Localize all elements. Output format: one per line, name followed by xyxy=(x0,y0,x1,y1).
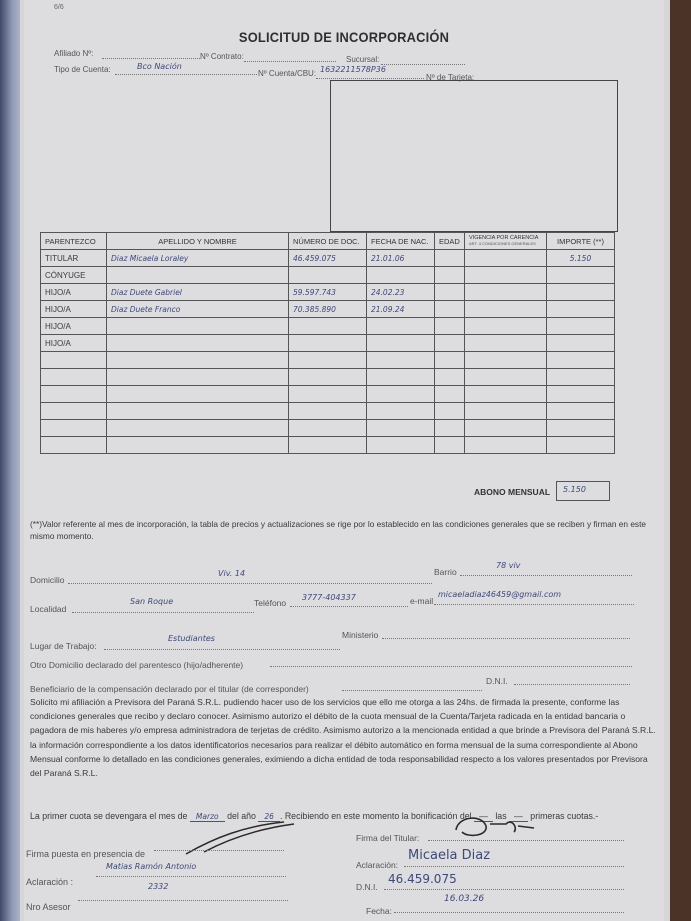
afiliado-label: Afiliado Nº: xyxy=(54,49,93,58)
table-row xyxy=(41,369,615,386)
domicilio-field[interactable]: Viv. 14 xyxy=(68,573,432,584)
presencia-label: Firma puesta en presencia de xyxy=(26,849,145,859)
cuenta-cbu-field[interactable]: 1632211578P36 xyxy=(316,68,424,79)
cell-vigencia[interactable] xyxy=(465,437,547,454)
members-table: PARENTEZCO APELLIDO Y NOMBRE NÚMERO DE D… xyxy=(40,232,615,454)
cell-fecha-nac[interactable] xyxy=(367,420,435,437)
cell-importe[interactable] xyxy=(547,284,615,301)
cell-fecha-nac[interactable] xyxy=(367,335,435,352)
table-row xyxy=(41,386,615,403)
table-row xyxy=(41,420,615,437)
cell-doc[interactable] xyxy=(289,335,367,352)
tipo-cuenta-field[interactable]: Bco Nación xyxy=(115,64,257,75)
cell-doc[interactable] xyxy=(289,403,367,420)
cell-fecha-nac[interactable] xyxy=(367,352,435,369)
cell-doc[interactable] xyxy=(289,386,367,403)
table-row: CÓNYUGE xyxy=(41,267,615,284)
cell-vigencia[interactable] xyxy=(465,386,547,403)
cell-doc[interactable] xyxy=(289,369,367,386)
contrato-label: Nº Contrato: xyxy=(200,52,244,61)
beneficiario-field[interactable] xyxy=(342,680,482,691)
table-row xyxy=(41,352,615,369)
cell-edad[interactable] xyxy=(435,250,465,267)
cell-vigencia[interactable] xyxy=(465,369,547,386)
form-title: SOLICITUD DE INCORPORACIÓN xyxy=(50,29,639,45)
cell-parentezco: HIJO/A xyxy=(41,318,107,335)
header-vigencia: VIGENCIA POR CARENCIAART. 4 CONDICIONES … xyxy=(465,233,547,250)
aclaracion-right-label: Aclaración: xyxy=(356,860,398,870)
cell-fecha-nac[interactable] xyxy=(367,437,435,454)
cell-edad[interactable] xyxy=(435,267,465,284)
telefono-label: Teléfono xyxy=(254,598,286,608)
cell-edad[interactable] xyxy=(435,386,465,403)
dni-right-label: D.N.I. xyxy=(356,882,378,892)
table-row: HIJO/A xyxy=(41,335,615,352)
table-row xyxy=(41,403,615,420)
cell-nombre[interactable] xyxy=(107,318,289,335)
cell-doc[interactable] xyxy=(289,318,367,335)
table-row xyxy=(41,437,615,454)
asesor-label: Nro Asesor xyxy=(26,902,71,912)
cell-parentezco xyxy=(41,420,107,437)
localidad-field[interactable]: San Roque xyxy=(72,602,254,613)
cell-vigencia[interactable] xyxy=(465,284,547,301)
cell-nombre[interactable] xyxy=(107,386,289,403)
cell-parentezco xyxy=(41,437,107,454)
fecha-label: Fecha: xyxy=(366,906,392,916)
cell-importe[interactable] xyxy=(547,352,615,369)
cell-nombre[interactable] xyxy=(107,437,289,454)
cell-nombre[interactable]: Diaz Micaela Loraley xyxy=(107,250,289,267)
cell-parentezco xyxy=(41,403,107,420)
cell-parentezco: CÓNYUGE xyxy=(41,267,107,284)
cell-nombre[interactable] xyxy=(107,352,289,369)
tipo-cuenta-label: Tipo de Cuenta: xyxy=(54,65,111,74)
ministerio-label: Ministerio xyxy=(342,630,378,640)
cell-nombre[interactable] xyxy=(107,369,289,386)
firma-titular-label: Firma del Titular: xyxy=(356,833,419,843)
cell-nombre[interactable]: Diaz Duete Franco xyxy=(107,301,289,318)
cell-parentezco: HIJO/A xyxy=(41,301,107,318)
lugar-trabajo-label: Lugar de Trabajo: xyxy=(30,641,97,651)
cell-fecha-nac[interactable] xyxy=(367,386,435,403)
cell-fecha-nac[interactable] xyxy=(367,403,435,420)
cell-vigencia[interactable] xyxy=(465,403,547,420)
cell-doc[interactable]: 59.597.743 xyxy=(289,284,367,301)
barrio-label: Barrio xyxy=(434,567,457,577)
cell-edad[interactable] xyxy=(435,301,465,318)
header-parentezco: PARENTEZCO xyxy=(41,233,107,250)
email-field[interactable]: micaeladiaz46459@gmail.com xyxy=(434,594,634,605)
cell-fecha-nac[interactable]: 21.09.24 xyxy=(367,301,435,318)
table-row: TITULARDiaz Micaela Loraley46.459.07521.… xyxy=(41,250,615,267)
abono-mensual-label: ABONO MENSUAL xyxy=(474,487,550,497)
otro-domicilio-field[interactable] xyxy=(270,656,632,667)
localidad-label: Localidad xyxy=(30,604,66,614)
cell-importe[interactable] xyxy=(547,386,615,403)
dni-right-field[interactable]: 46.459.075 xyxy=(384,879,624,890)
aclaracion-left-label: Aclaración : xyxy=(26,877,73,887)
cell-importe[interactable] xyxy=(547,369,615,386)
cell-edad[interactable] xyxy=(435,437,465,454)
cell-edad[interactable] xyxy=(435,420,465,437)
header-doc: NÚMERO DE DOC. xyxy=(289,233,367,250)
contrato-field[interactable] xyxy=(244,51,336,62)
header-importe: IMPORTE (**) xyxy=(547,233,615,250)
telefono-field[interactable]: 3777-404337 xyxy=(290,596,408,607)
cell-vigencia[interactable] xyxy=(465,352,547,369)
fecha-field[interactable]: 16.03.26 xyxy=(394,902,624,913)
cell-vigencia[interactable] xyxy=(465,301,547,318)
cell-edad[interactable] xyxy=(435,318,465,335)
cell-edad[interactable] xyxy=(435,284,465,301)
cell-importe[interactable] xyxy=(547,301,615,318)
cell-doc[interactable]: 46.459.075 xyxy=(289,250,367,267)
card-number-box[interactable] xyxy=(330,80,618,232)
cell-importe[interactable] xyxy=(547,267,615,284)
cell-doc[interactable] xyxy=(289,437,367,454)
aclaracion-left-field[interactable]: Matias Ramón Antonio xyxy=(96,866,286,877)
cell-doc[interactable] xyxy=(289,420,367,437)
table-row: HIJO/ADiaz Duete Franco70.385.89021.09.2… xyxy=(41,301,615,318)
cell-importe[interactable]: 5.150 xyxy=(547,250,615,267)
ministerio-field[interactable] xyxy=(382,628,630,639)
cell-parentezco: HIJO/A xyxy=(41,335,107,352)
cell-vigencia[interactable] xyxy=(465,335,547,352)
lugar-trabajo-field[interactable]: Estudiantes xyxy=(104,639,340,650)
cell-importe[interactable] xyxy=(547,420,615,437)
beneficiario-dni-field[interactable] xyxy=(514,674,630,685)
otro-domicilio-label: Otro Domicilio declarado del parentesco … xyxy=(30,660,243,670)
presencia-field[interactable] xyxy=(154,840,284,851)
cell-edad[interactable] xyxy=(435,335,465,352)
cell-doc[interactable]: 70.385.890 xyxy=(289,301,367,318)
beneficiario-dni-label: D.N.I. xyxy=(486,676,508,686)
cell-nombre[interactable] xyxy=(107,403,289,420)
cell-fecha-nac[interactable]: 21.01.06 xyxy=(367,250,435,267)
cell-nombre[interactable] xyxy=(107,335,289,352)
cell-importe[interactable] xyxy=(547,318,615,335)
footnote-text: (**)Valor referente al mes de incorporac… xyxy=(30,518,660,542)
beneficiario-label: Beneficiario de la compensación declarad… xyxy=(30,684,309,694)
cell-nombre[interactable]: Diaz Duete Gabriel xyxy=(107,284,289,301)
cell-edad[interactable] xyxy=(435,369,465,386)
cell-fecha-nac[interactable] xyxy=(367,318,435,335)
primer-cuota-line: La primer cuota se devengara el mes de M… xyxy=(30,810,660,823)
cell-nombre[interactable] xyxy=(107,267,289,284)
table-row: HIJO/ADiaz Duete Gabriel59.597.74324.02.… xyxy=(41,284,615,301)
cell-doc[interactable] xyxy=(289,267,367,284)
domicilio-label: Domicilio xyxy=(30,575,64,585)
cell-fecha-nac[interactable] xyxy=(367,369,435,386)
cell-edad[interactable] xyxy=(435,352,465,369)
page-number: 6/6 xyxy=(54,4,64,11)
cell-parentezco: HIJO/A xyxy=(41,284,107,301)
cell-importe[interactable] xyxy=(547,335,615,352)
form-page: 6/6 SOLICITUD DE INCORPORACIÓN Afiliado … xyxy=(24,0,664,921)
cell-doc[interactable] xyxy=(289,352,367,369)
cell-vigencia[interactable] xyxy=(465,420,547,437)
header-fecha-nac: FECHA DE NAC. xyxy=(367,233,435,250)
asesor-field[interactable]: 2332 xyxy=(78,890,288,901)
header-nombre: APELLIDO Y NOMBRE xyxy=(107,233,289,250)
cell-importe[interactable] xyxy=(547,437,615,454)
table-header-row: PARENTEZCO APELLIDO Y NOMBRE NÚMERO DE D… xyxy=(41,233,615,250)
cell-fecha-nac[interactable] xyxy=(367,267,435,284)
cell-edad[interactable] xyxy=(435,403,465,420)
sucursal-field[interactable] xyxy=(381,54,465,65)
sucursal-label: Sucursal: xyxy=(346,55,379,64)
abono-mensual-field[interactable]: 5.150 xyxy=(556,481,610,501)
email-label: e-mail xyxy=(410,596,433,606)
cuenta-cbu-label: Nº Cuenta/CBU: xyxy=(258,69,316,78)
header-edad: EDAD xyxy=(435,233,465,250)
cell-parentezco xyxy=(41,386,107,403)
cell-importe[interactable] xyxy=(547,403,615,420)
cell-nombre[interactable] xyxy=(107,420,289,437)
legal-text: Solicito mi afiliación a Previsora del P… xyxy=(30,695,660,780)
table-row: HIJO/A xyxy=(41,318,615,335)
cell-parentezco: TITULAR xyxy=(41,250,107,267)
cell-vigencia[interactable] xyxy=(465,250,547,267)
cell-parentezco xyxy=(41,369,107,386)
afiliado-field[interactable] xyxy=(102,48,200,59)
witness-signature-icon xyxy=(184,818,304,858)
cell-vigencia[interactable] xyxy=(465,318,547,335)
barrio-field[interactable]: 78 viv xyxy=(460,565,632,576)
cell-parentezco xyxy=(41,352,107,369)
cell-vigencia[interactable] xyxy=(465,267,547,284)
aclaracion-right-field[interactable]: Micaela Diaz xyxy=(404,856,624,867)
firma-titular-field[interactable] xyxy=(428,830,624,841)
cell-fecha-nac[interactable]: 24.02.23 xyxy=(367,284,435,301)
